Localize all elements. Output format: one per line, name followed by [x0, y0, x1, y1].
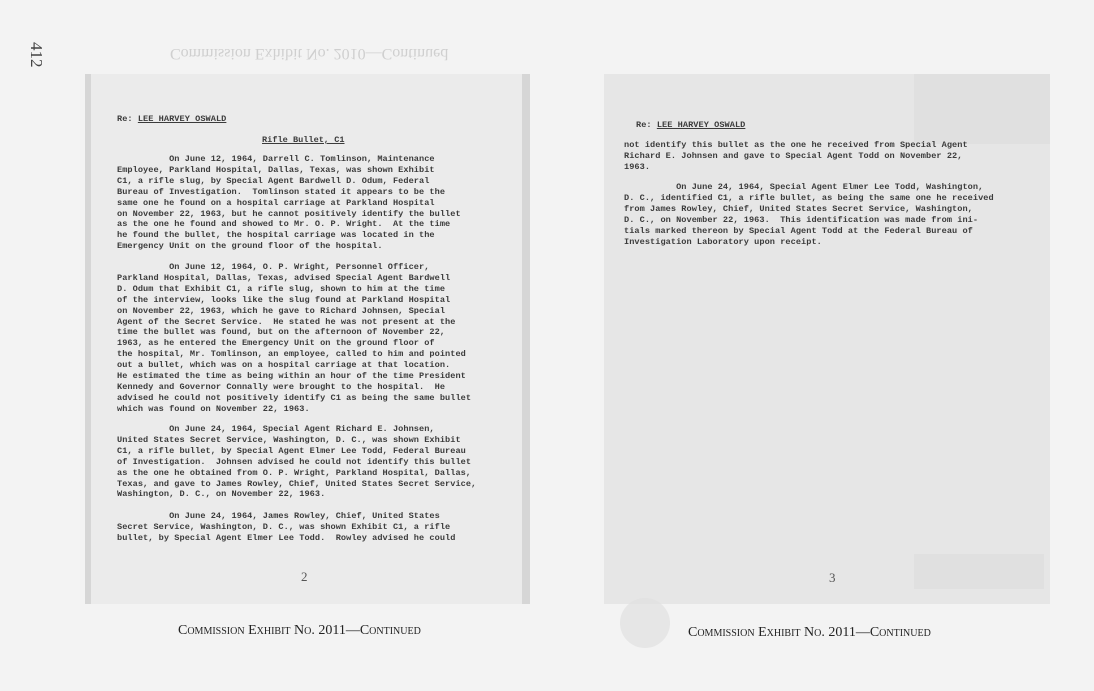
faded-seal-icon — [620, 598, 670, 648]
ghost-stamp — [914, 74, 1050, 144]
paragraph-3: On June 24, 1964, Special Agent Richard … — [117, 424, 476, 500]
left-re-line: Re: LEE HARVEY OSWALD — [117, 114, 226, 125]
re-subject: LEE HARVEY OSWALD — [657, 120, 746, 130]
left-exhibit-caption: Commission Exhibit No. 2011—Continued — [178, 623, 421, 639]
right-exhibit-caption: Commission Exhibit No. 2011—Continued — [688, 625, 931, 641]
right-document-sheet: Re: LEE HARVEY OSWALD not identify this … — [604, 74, 1050, 604]
section-heading: Rifle Bullet, C1 — [262, 135, 345, 145]
sheet-number: 2 — [301, 569, 308, 585]
re-label: Re: — [636, 120, 652, 130]
book-page-number: 412 — [26, 42, 46, 68]
paragraph-2: On June 12, 1964, O. P. Wright, Personne… — [117, 262, 471, 415]
left-document-sheet: Re: LEE HARVEY OSWALD Rifle Bullet, C1 O… — [85, 74, 530, 604]
sheet-number: 3 — [829, 570, 836, 586]
re-subject: LEE HARVEY OSWALD — [138, 114, 227, 124]
paragraph-4: On June 24, 1964, James Rowley, Chief, U… — [117, 511, 455, 544]
right-re-line: Re: LEE HARVEY OSWALD — [636, 120, 745, 131]
re-label: Re: — [117, 114, 133, 124]
bleed-through-caption: Commission Exhibit No. 2010—Continued — [170, 44, 448, 62]
paragraph-2: On June 24, 1964, Special Agent Elmer Le… — [624, 182, 994, 247]
paragraph-1: not identify this bullet as the one he r… — [624, 140, 968, 173]
ghost-block — [914, 554, 1044, 589]
paragraph-1: On June 12, 1964, Darrell C. Tomlinson, … — [117, 154, 461, 252]
